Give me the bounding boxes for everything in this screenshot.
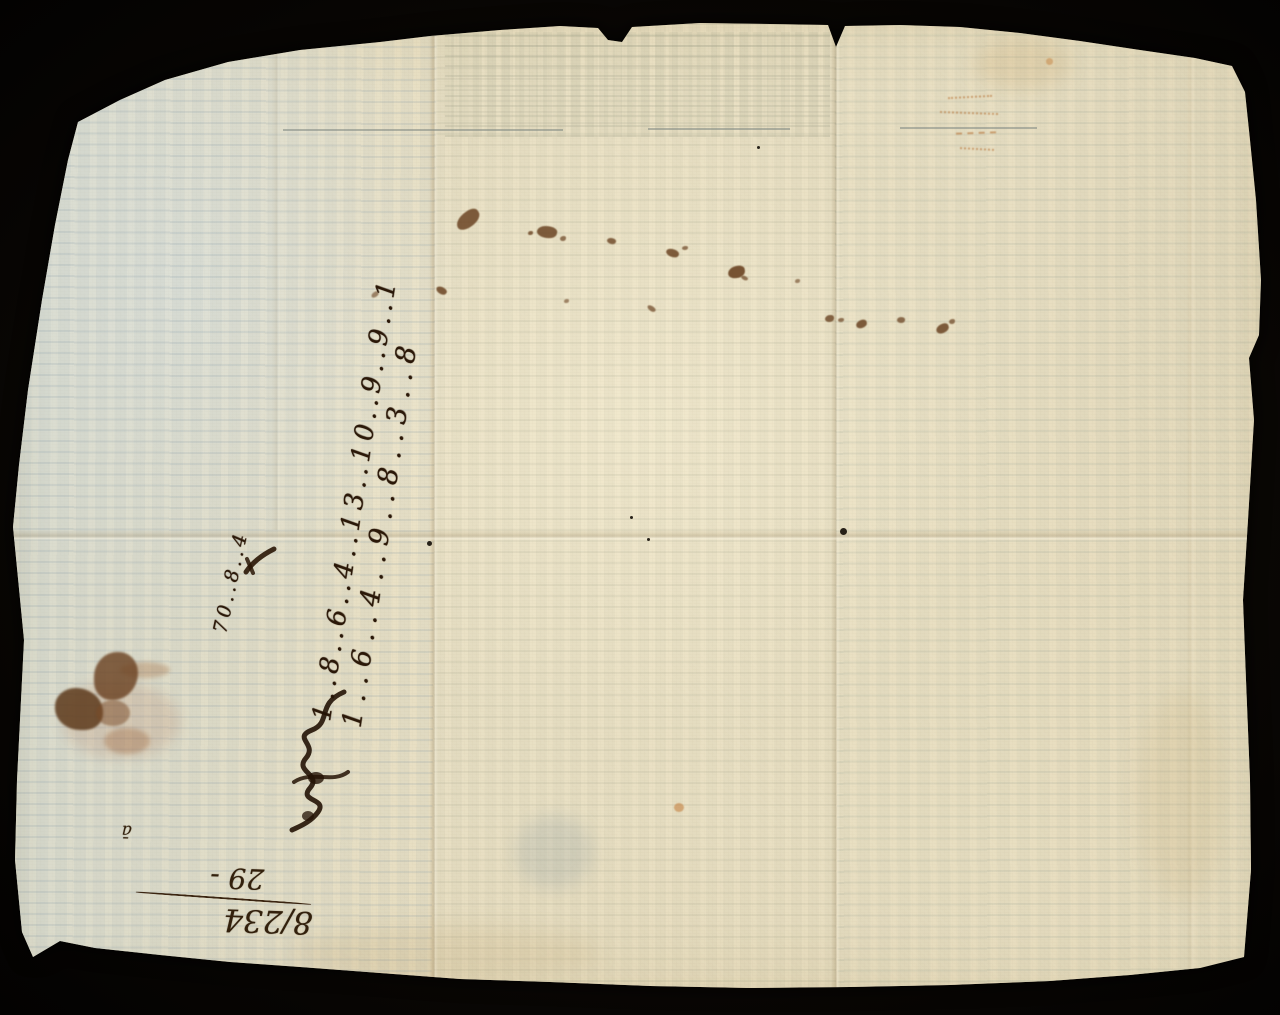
paper-sheet: 1..6..4..9..8..3..8 1..8..6..4..13..10..… [0, 0, 1280, 1015]
paper-edge-vignette [0, 0, 1280, 1015]
paper-shadow: 1..6..4..9..8..3..8 1..8..6..4..13..10..… [0, 0, 1280, 1015]
scanned-document: 1..6..4..9..8..3..8 1..8..6..4..13..10..… [0, 0, 1280, 1015]
